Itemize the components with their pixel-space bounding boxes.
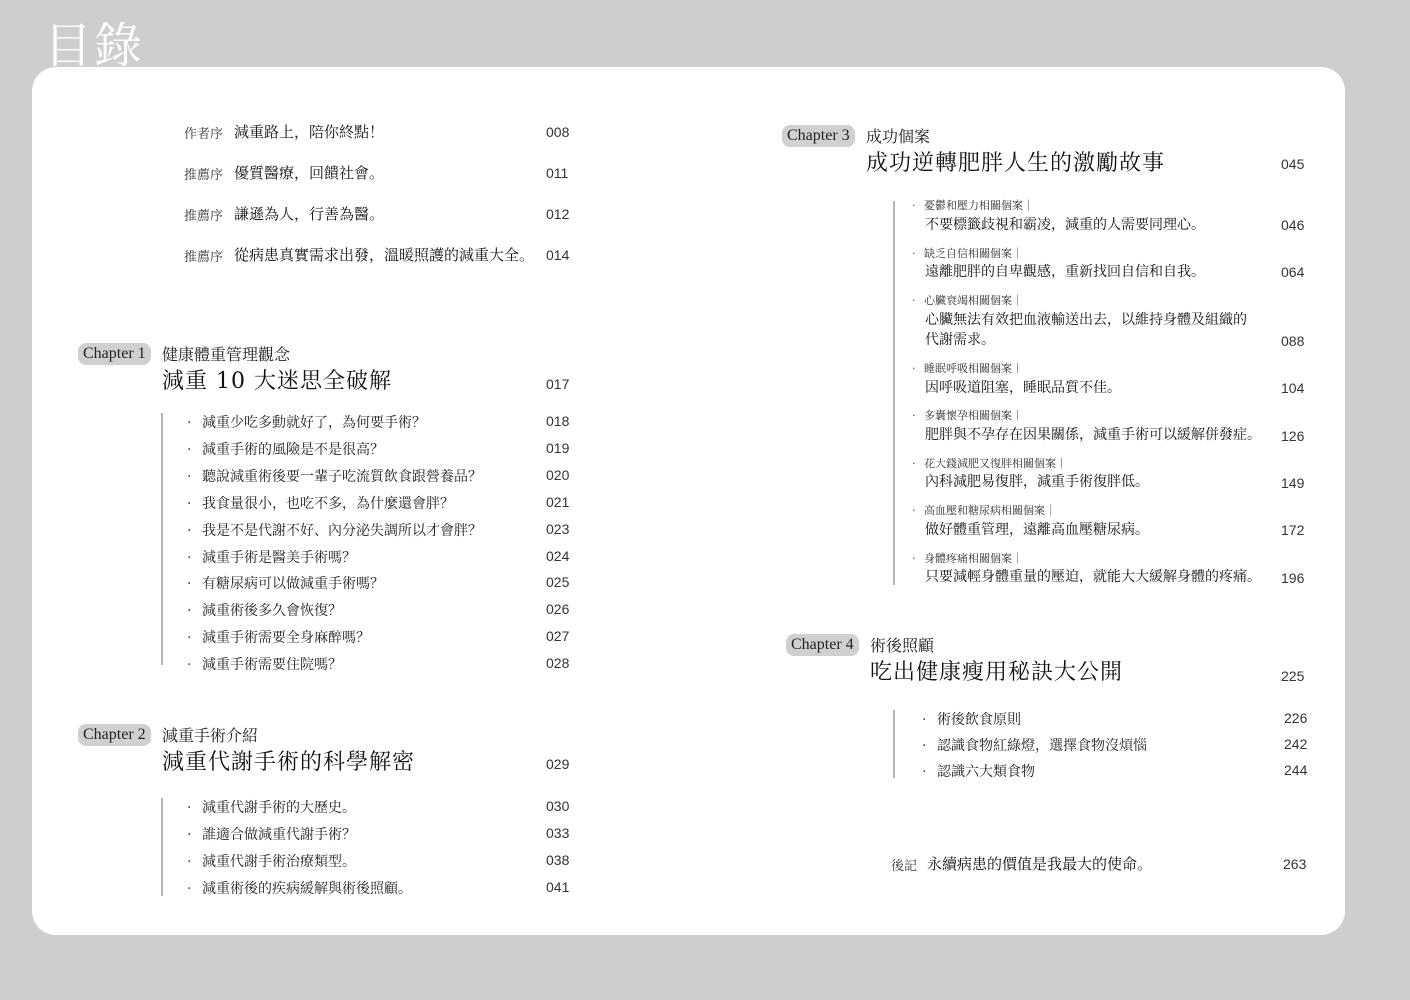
chapter-title[interactable]: 減重代謝手術的科學解密 (162, 745, 415, 776)
page-number: 008 (546, 124, 569, 140)
chapter-subtitle: 健康體重管理觀念 (162, 342, 290, 365)
bullet-icon: · (912, 552, 924, 565)
item-text: 認識食物紅綠燈，選擇食物沒煩惱 (937, 738, 1147, 754)
page-number: 033 (546, 825, 569, 841)
item-text: 誰適合做減重代謝手術？ (202, 827, 356, 843)
page-number: 126 (1281, 428, 1304, 444)
bullet-icon: · (912, 504, 924, 517)
chapter-title[interactable]: 減重 10 大迷思全破解 (162, 364, 392, 395)
bullet-icon: · (912, 457, 924, 470)
page-number: 064 (1281, 264, 1304, 280)
bullet-icon: · (187, 603, 202, 619)
bullet-icon: · (187, 881, 202, 897)
preface-label: 推薦序 (184, 205, 223, 224)
page-number: 012 (546, 206, 569, 222)
chapter-subtitle: 減重手術介紹 (162, 723, 258, 746)
bullet-icon: · (187, 800, 202, 816)
page-number: 017 (546, 376, 569, 392)
item-text: 減重手術需要全身麻醉嗎？ (202, 630, 370, 646)
case-title: 心臟無法有效把血液輸送出去，以維持身體及組織的 (925, 310, 1247, 331)
page-number: 196 (1281, 570, 1304, 586)
chapter-title[interactable]: 吃出健康瘦用秘訣大公開 (870, 655, 1123, 686)
item-text: 我食量很小，也吃不多，為什麼還會胖？ (202, 496, 454, 512)
case-title: 肥胖與不孕存在因果關係，減重手術可以緩解併發症。 (925, 425, 1261, 446)
preface-label: 推薦序 (184, 246, 223, 265)
bullet-icon: · (912, 362, 924, 375)
page-number: 020 (546, 467, 569, 483)
item-text: 減重代謝手術治療類型。 (202, 854, 356, 870)
chapter-subtitle: 術後照顧 (870, 633, 934, 656)
case-title: 遠離肥胖的自卑觀感，重新找回自信和自我。 (925, 262, 1205, 283)
item-text: 聽說減重術後要一輩子吃流質飲食跟營養品？ (202, 469, 482, 485)
case-tag: ·身體疼痛相關個案｜ (912, 550, 1023, 566)
case-title-continued: 代謝需求。 (925, 330, 995, 351)
preface-title: 優質醫療，回饋社會。 (234, 162, 384, 183)
page-number: 018 (546, 413, 569, 429)
bullet-icon: · (187, 496, 202, 512)
page-number: 028 (546, 655, 569, 671)
preface-title: 謙遜為人，行善為醫。 (234, 203, 384, 224)
page-number: 244 (1284, 762, 1307, 778)
item-text: 減重少吃多動就好了，為何要手術？ (202, 415, 426, 431)
case-title: 不要標籤歧視和霸凌，減重的人需要同理心。 (925, 215, 1205, 236)
page-number: 172 (1281, 522, 1304, 538)
case-title: 做好體重管理，遠離高血壓糖尿病。 (925, 520, 1149, 541)
chapter-badge: Chapter 4 (786, 634, 859, 656)
item-text: 減重術後多久會恢復？ (202, 603, 342, 619)
case-tag: ·花大錢減肥又復胖相關個案｜ (912, 455, 1067, 471)
page-number: 263 (1283, 856, 1306, 872)
afterword-label: 後記 (891, 855, 917, 874)
page-number: 088 (1281, 333, 1304, 349)
bullet-icon: · (187, 576, 202, 592)
item-text: 減重手術是醫美手術嗎？ (202, 550, 356, 566)
section-rule (161, 798, 163, 896)
item-text: 減重代謝手術的大歷史。 (202, 800, 356, 816)
bullet-icon: · (912, 409, 924, 422)
page-number: 019 (546, 440, 569, 456)
page-number: 226 (1284, 710, 1307, 726)
item-text: 認識六大類食物 (937, 764, 1035, 780)
bullet-icon: · (922, 712, 937, 728)
item-text: 有糖尿病可以做減重手術嗎？ (202, 576, 384, 592)
afterword-title: 永續病患的價值是我最大的使命。 (927, 853, 1152, 874)
bullet-icon: · (922, 738, 937, 754)
toc-card: 作者序 減重路上，陪你終點！ 008 推薦序 優質醫療，回饋社會。 011 推薦… (32, 67, 1345, 935)
case-tag: ·缺乏自信相關個案｜ (912, 245, 1023, 261)
section-rule (161, 413, 163, 665)
page-number: 225 (1281, 668, 1304, 684)
chapter-badge: Chapter 2 (78, 724, 151, 746)
bullet-icon: · (912, 247, 924, 260)
case-tag: ·多囊懷孕相關個案｜ (912, 407, 1023, 423)
case-tag: ·高血壓和糖尿病相關個案｜ (912, 502, 1056, 518)
page-number: 104 (1281, 380, 1304, 396)
page-number: 030 (546, 798, 569, 814)
bullet-icon: · (187, 630, 202, 646)
item-text: 我是不是代謝不好、內分泌失調所以才會胖？ (202, 523, 482, 539)
chapter-badge: Chapter 3 (782, 125, 855, 147)
preface-title: 從病患真實需求出發，溫暖照護的減重大全。 (234, 244, 534, 265)
case-tag: ·憂鬱和壓力相關個案｜ (912, 197, 1034, 213)
bullet-icon: · (912, 199, 924, 212)
item-text: 減重手術的風險是不是很高？ (202, 442, 384, 458)
page-number: 023 (546, 521, 569, 537)
bullet-icon: · (187, 415, 202, 431)
bullet-icon: · (187, 827, 202, 843)
case-title: 因呼吸道阻塞，睡眠品質不佳。 (925, 378, 1121, 399)
bullet-icon: · (187, 469, 202, 485)
page-number: 045 (1281, 156, 1304, 172)
section-rule (893, 710, 895, 778)
preface-title: 減重路上，陪你終點！ (234, 121, 384, 142)
page-number: 011 (546, 165, 568, 181)
page-number: 025 (546, 574, 569, 590)
page-number: 038 (546, 852, 569, 868)
bullet-icon: · (187, 523, 202, 539)
case-title: 內科減肥易復胖，減重手術復胖低。 (925, 472, 1149, 493)
case-tag: ·睡眠呼吸相關個案｜ (912, 360, 1023, 376)
chapter-title[interactable]: 成功逆轉肥胖人生的激勵故事 (866, 146, 1165, 177)
item-text: 減重手術需要住院嗎？ (202, 657, 342, 673)
item-text: 術後飲食原則 (937, 712, 1021, 728)
bullet-icon: · (187, 442, 202, 458)
page-number: 149 (1281, 475, 1304, 491)
section-rule (893, 201, 895, 585)
page-number: 027 (546, 628, 569, 644)
page-number: 026 (546, 601, 569, 617)
page-number: 024 (546, 548, 569, 564)
page-number: 041 (546, 879, 569, 895)
chapter-badge: Chapter 1 (78, 343, 151, 365)
bullet-icon: · (187, 550, 202, 566)
page-number: 046 (1281, 217, 1304, 233)
case-title: 只要減輕身體重量的壓迫，就能大大緩解身體的疼痛。 (925, 567, 1261, 588)
preface-label: 作者序 (184, 123, 223, 142)
bullet-icon: · (922, 764, 937, 780)
page-number: 029 (546, 756, 569, 772)
bullet-icon: · (187, 854, 202, 870)
page-number: 021 (546, 494, 569, 510)
chapter-subtitle: 成功個案 (866, 124, 930, 147)
item-text: 減重術後的疾病緩解與術後照顧。 (202, 881, 412, 897)
page-number: 014 (546, 247, 569, 263)
bullet-icon: · (912, 294, 924, 307)
page-number: 242 (1284, 736, 1307, 752)
bullet-icon: · (187, 657, 202, 673)
case-tag: ·心臟衰竭相關個案｜ (912, 292, 1023, 308)
preface-label: 推薦序 (184, 164, 223, 183)
